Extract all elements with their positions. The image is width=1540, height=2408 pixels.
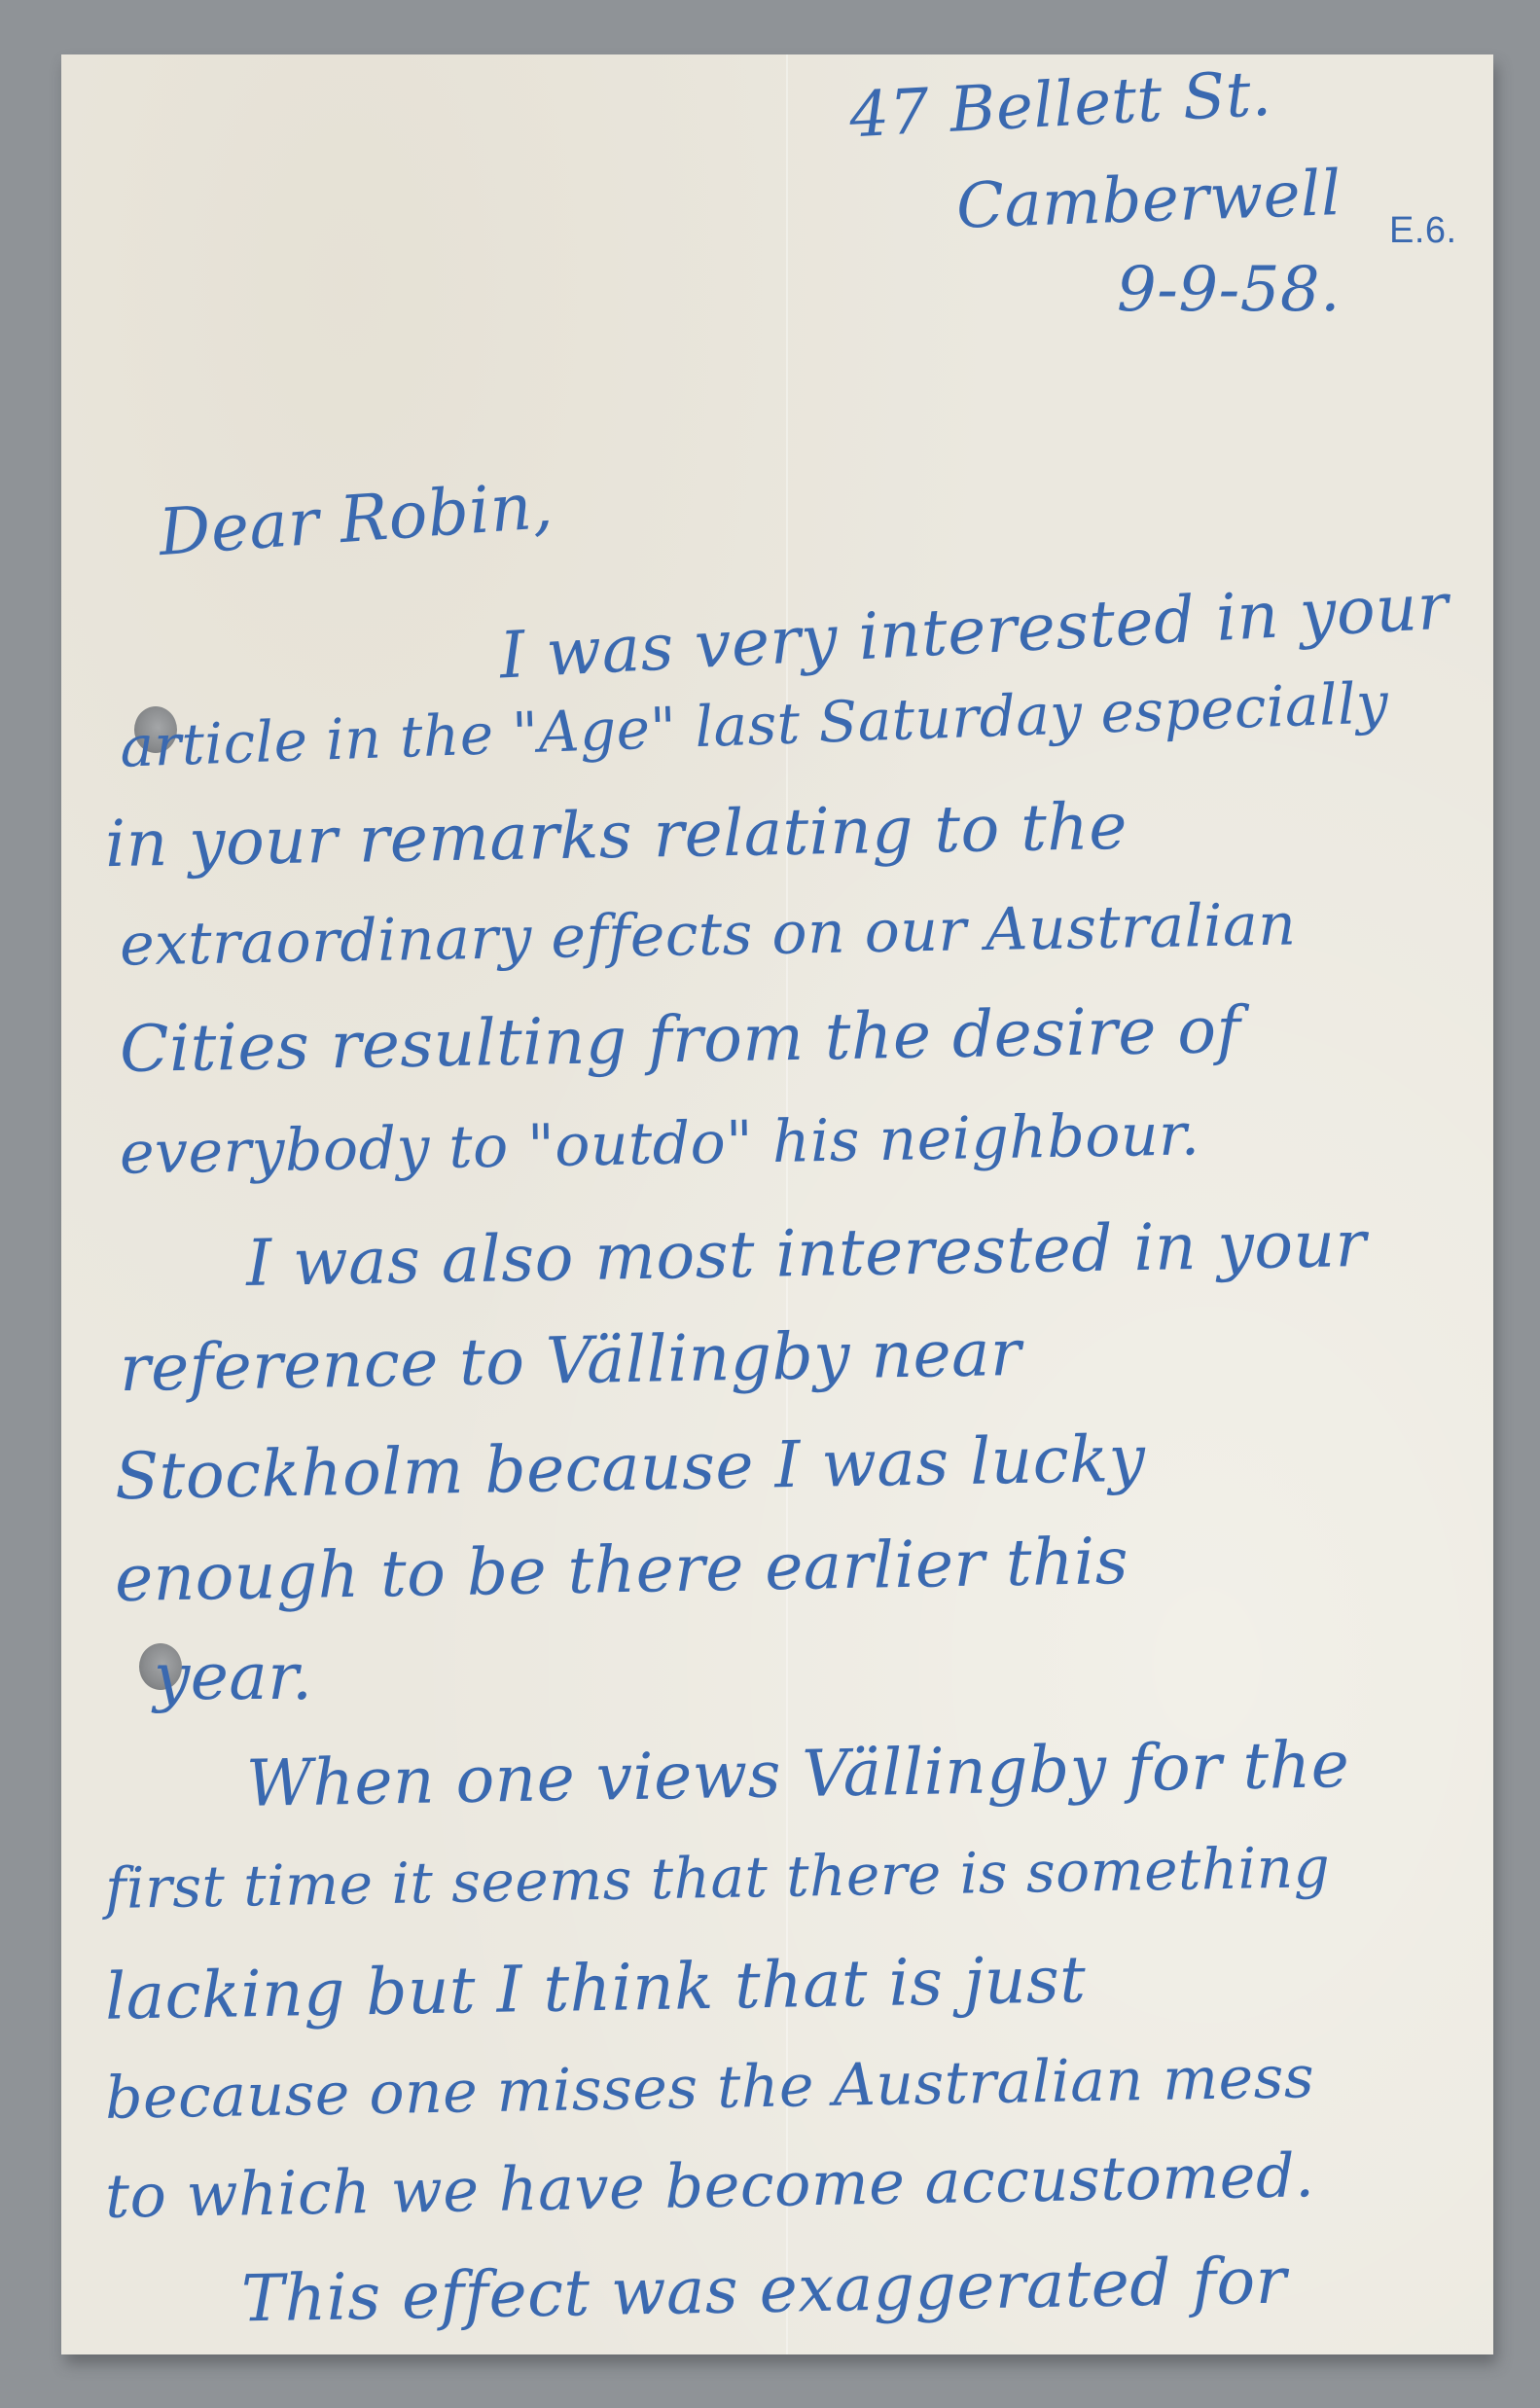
body-line: reference to Vällingby near [119,1321,1021,1401]
body-line: first time it seems that there is someth… [105,1839,1331,1917]
address-street: 47 Bellett St. [848,63,1273,148]
body-line: in your remarks relating to the [105,795,1128,877]
body-line: article in the "Age" last Saturday espec… [119,674,1389,774]
body-line: This effect was exaggerated for [241,2249,1288,2332]
body-line: lacking but I think that is just [105,1948,1087,2030]
letter-date: 9-9-58. [1117,259,1341,321]
body-line: I was also most interested in your [246,1212,1368,1296]
body-line: extraordinary effects on our Australian [120,895,1297,974]
body-line: When one views Vällingby for the [246,1733,1350,1816]
salutation: Dear Robin, [157,474,555,565]
body-line: year. [154,1645,312,1709]
address-suburb: Camberwell [955,162,1343,238]
letter-page: 47 Bellett St. Camberwell E.6. 9-9-58. D… [61,54,1493,2354]
body-line: enough to be there earlier this [115,1529,1129,1611]
body-line: Cities resulting from the desire of [120,998,1241,1082]
body-line: I was very interested in your [498,574,1450,688]
body-line: because one misses the Australian mess [105,2048,1315,2128]
body-line: everybody to "outdo" his neighbour. [120,1105,1200,1182]
body-line: Stockholm because I was lucky [115,1427,1146,1509]
body-line: to which we have become accustomed. [105,2145,1315,2227]
address-postcode: E.6. [1389,210,1457,252]
